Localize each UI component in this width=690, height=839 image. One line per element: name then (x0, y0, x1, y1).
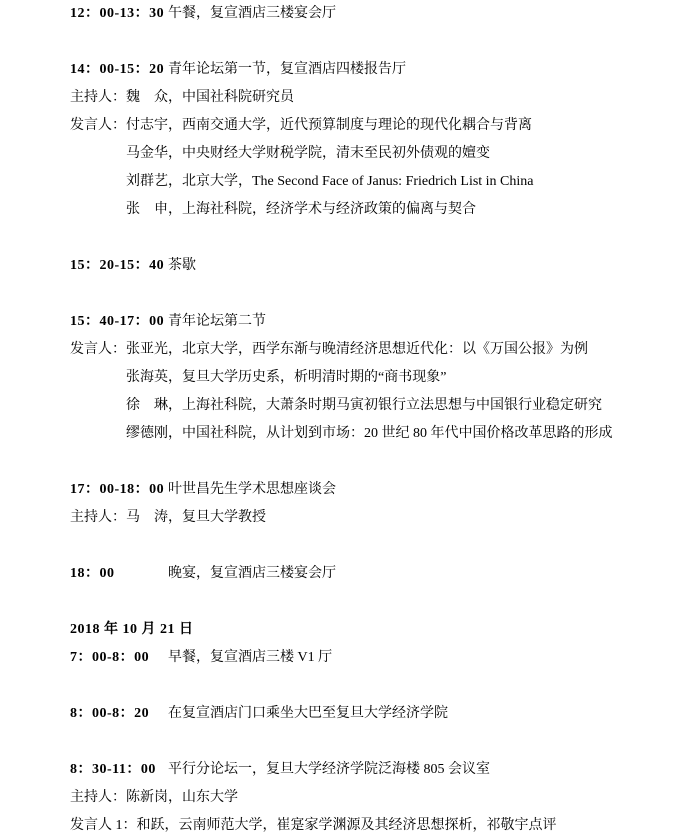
detail-text: 张 申，上海社科院，经济学术与经济政策的偏离与契合 (126, 202, 476, 217)
detail-text: 发言人 1：和跃，云南师范大学，崔寔家学渊源及其经济思想探析，祁敬宇点评 (70, 818, 557, 833)
schedule-line: 17：00-18：00叶世昌先生学术思想座谈会 (70, 476, 682, 504)
blank-line (70, 224, 682, 252)
schedule-line: 缪德刚，中国社科院，从计划到市场：20 世纪 80 年代中国价格改革思路的形成 (70, 420, 682, 448)
time-label: 17：00-18：00 (70, 476, 168, 504)
blank-line (70, 280, 682, 308)
event-text: 平行分论坛一，复旦大学经济学院泛海楼 805 会议室 (168, 762, 490, 777)
blank-line (70, 532, 682, 560)
detail-text: 发言人：张亚光，北京大学，西学东渐与晚清经济思想近代化：以《万国公报》为例 (70, 342, 588, 357)
event-text: 早餐，复宣酒店三楼 V1 厅 (168, 650, 332, 665)
detail-text: 发言人：付志宇，西南交通大学，近代预算制度与理论的现代化耦合与背离 (70, 118, 532, 133)
time-label: 15：40-17：00 (70, 308, 168, 336)
schedule-line: 张海英，复旦大学历史系，析明清时期的“商书现象” (70, 364, 682, 392)
schedule-line: 12：00-13：30午餐，复宣酒店三楼宴会厅 (70, 0, 682, 28)
schedule-line: 14：00-15：20青年论坛第一节，复宣酒店四楼报告厅 (70, 56, 682, 84)
schedule-line: 2018 年 10 月 21 日 (70, 616, 682, 644)
detail-text: 张海英，复旦大学历史系，析明清时期的“商书现象” (126, 370, 446, 385)
schedule-line: 发言人 1：和跃，云南师范大学，崔寔家学渊源及其经济思想探析，祁敬宇点评 (70, 812, 682, 839)
schedule-line: 主持人：陈新岗，山东大学 (70, 784, 682, 812)
schedule-line: 18：00晚宴，复宣酒店三楼宴会厅 (70, 560, 682, 588)
blank-line (70, 728, 682, 756)
detail-text: 徐 琳，上海社科院，大萧条时期马寅初银行立法思想与中国银行业稳定研究 (126, 398, 602, 413)
event-text: 叶世昌先生学术思想座谈会 (168, 482, 336, 497)
schedule-line: 主持人：马 涛，复旦大学教授 (70, 504, 682, 532)
event-text: 青年论坛第一节，复宣酒店四楼报告厅 (168, 62, 406, 77)
schedule-lines: 12：00-13：30午餐，复宣酒店三楼宴会厅14：00-15：20青年论坛第一… (70, 0, 682, 839)
blank-line (70, 28, 682, 56)
blank-line (70, 588, 682, 616)
detail-text: 主持人：魏 众，中国社科院研究员 (70, 90, 294, 105)
blank-line (70, 448, 682, 476)
date-heading: 2018 年 10 月 21 日 (70, 622, 194, 637)
schedule-line: 15：40-17：00青年论坛第二节 (70, 308, 682, 336)
event-text: 青年论坛第二节 (168, 314, 266, 329)
schedule-line: 刘群艺，北京大学，The Second Face of Janus: Fried… (70, 168, 682, 196)
time-label: 8：00-8：20 (70, 700, 168, 728)
schedule-line: 7：00-8：00早餐，复宣酒店三楼 V1 厅 (70, 644, 682, 672)
detail-text: 主持人：马 涛，复旦大学教授 (70, 510, 266, 525)
event-text: 晚宴，复宣酒店三楼宴会厅 (168, 566, 336, 581)
time-label: 18：00 (70, 560, 168, 588)
event-text: 茶歇 (168, 258, 196, 273)
schedule-line: 张 申，上海社科院，经济学术与经济政策的偏离与契合 (70, 196, 682, 224)
time-label: 12：00-13：30 (70, 0, 168, 28)
blank-line (70, 672, 682, 700)
schedule-line: 8：00-8：20在复宣酒店门口乘坐大巴至复旦大学经济学院 (70, 700, 682, 728)
time-label: 15：20-15：40 (70, 252, 168, 280)
schedule-line: 马金华，中央财经大学财税学院，清末至民初外债观的嬗变 (70, 140, 682, 168)
detail-text: 马金华，中央财经大学财税学院，清末至民初外债观的嬗变 (126, 146, 490, 161)
time-label: 8：30-11：00 (70, 756, 168, 784)
time-label: 14：00-15：20 (70, 56, 168, 84)
time-label: 7：00-8：00 (70, 644, 168, 672)
detail-text: 刘群艺，北京大学，The Second Face of Janus: Fried… (126, 174, 534, 189)
schedule-line: 发言人：张亚光，北京大学，西学东渐与晚清经济思想近代化：以《万国公报》为例 (70, 336, 682, 364)
schedule-line: 主持人：魏 众，中国社科院研究员 (70, 84, 682, 112)
conference-schedule-document: 12：00-13：30午餐，复宣酒店三楼宴会厅14：00-15：20青年论坛第一… (0, 0, 690, 839)
detail-text: 缪德刚，中国社科院，从计划到市场：20 世纪 80 年代中国价格改革思路的形成 (126, 426, 613, 441)
event-text: 午餐，复宣酒店三楼宴会厅 (168, 6, 336, 21)
schedule-line: 8：30-11：00平行分论坛一，复旦大学经济学院泛海楼 805 会议室 (70, 756, 682, 784)
schedule-line: 发言人：付志宇，西南交通大学，近代预算制度与理论的现代化耦合与背离 (70, 112, 682, 140)
detail-text: 主持人：陈新岗，山东大学 (70, 790, 238, 805)
schedule-line: 徐 琳，上海社科院，大萧条时期马寅初银行立法思想与中国银行业稳定研究 (70, 392, 682, 420)
event-text: 在复宣酒店门口乘坐大巴至复旦大学经济学院 (168, 706, 448, 721)
schedule-line: 15：20-15：40茶歇 (70, 252, 682, 280)
